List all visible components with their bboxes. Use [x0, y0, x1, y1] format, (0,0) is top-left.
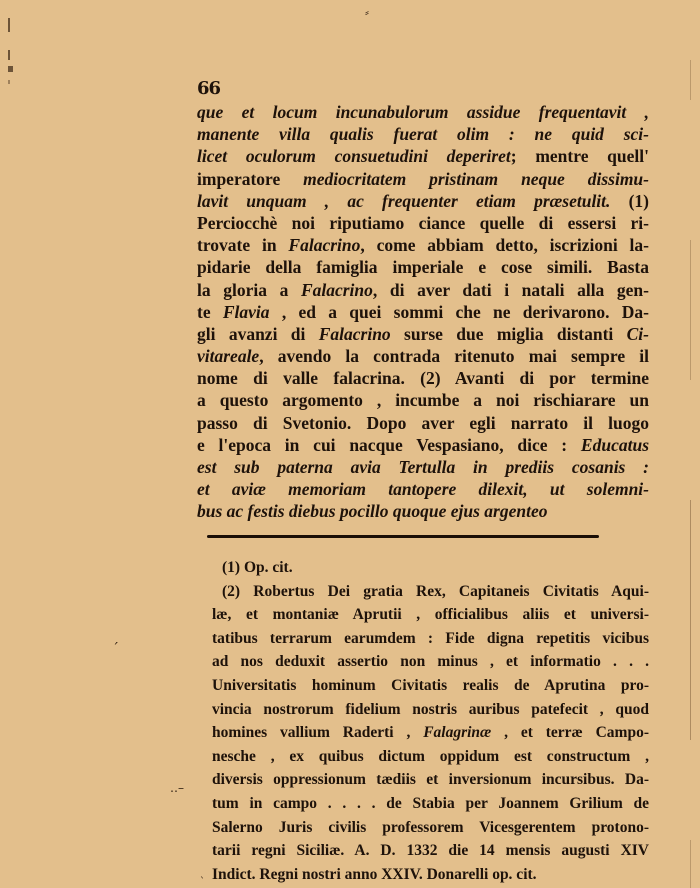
- footnotes-block: (1) Op. cit.(2) Robertus Dei gratia Rex,…: [212, 556, 649, 886]
- footnote-line: nesche , ex quibus dictum oppidum est co…: [212, 745, 649, 769]
- text-line: passo di Svetonio. Dopo aver egli narrat…: [197, 412, 649, 434]
- text-line: gli avanzi di Falacrino surse due miglia…: [197, 323, 649, 345]
- top-ink-mark: ⸗: [365, 6, 368, 18]
- italic-text-segment: Ci-: [627, 324, 649, 344]
- italic-text-segment: Flavia: [223, 302, 270, 322]
- footnote-line: tarii regni Siciliæ. A. D. 1332 die 14 m…: [212, 839, 649, 863]
- footnote-line: læ, et montaniæ Aprutii , officialibus a…: [212, 603, 649, 627]
- main-text-block: que et locum incunabulorum assidue frequ…: [197, 101, 649, 523]
- page-edge-line: [690, 240, 691, 380]
- gutter-mark: [8, 80, 10, 84]
- italic-text-segment: Falacrino: [288, 235, 360, 255]
- text-segment: la gloria a: [197, 280, 301, 300]
- italic-text-segment: licet oculorum consuetudini deperiret: [197, 146, 511, 166]
- page-number: 66: [197, 79, 220, 99]
- text-line: lavit unquam , ac frequenter etiam præse…: [197, 190, 649, 212]
- text-segment: (1): [610, 191, 649, 211]
- text-line: vitareale, avendo la contrada ritenuto m…: [197, 345, 649, 367]
- text-segment: surse due miglia distanti: [391, 324, 627, 344]
- italic-text-segment: vitareale: [197, 346, 259, 366]
- text-segment: a questo argomento , incumbe a noi risch…: [197, 390, 649, 410]
- text-line: e l'epoca in cui nacque Vespasiano, dice…: [197, 434, 649, 456]
- text-line: la gloria a Falacrino, di aver dati i na…: [197, 279, 649, 301]
- text-line: licet oculorum consuetudini deperiret; m…: [197, 145, 649, 167]
- text-segment: nome di valle falacrina. (2) Avanti di p…: [197, 368, 649, 388]
- text-line: te Flavia , ed a quei sommi che ne deriv…: [197, 301, 649, 323]
- text-segment: pidarie della famiglia imperiale e cose …: [197, 257, 649, 277]
- scanned-book-page: ⸗ 66 que et locum incunabulorum assidue …: [0, 0, 700, 888]
- gutter-mark: [8, 50, 10, 60]
- italic-text-segment: Educatus: [581, 435, 649, 455]
- text-segment: , avendo la contrada ritenuto mai sempre…: [259, 346, 649, 366]
- gutter-mark: [8, 18, 10, 32]
- text-line: nome di valle falacrina. (2) Avanti di p…: [197, 367, 649, 389]
- footnote-line: (2) Robertus Dei gratia Rex, Capitaneis …: [212, 580, 649, 604]
- italic-text-segment: et aviæ memoriam tantopere dilexit, ut s…: [197, 479, 649, 499]
- text-segment: imperatore: [197, 169, 303, 189]
- page-edge-line: [690, 60, 691, 100]
- text-line: Perciocchè noi riputiamo ciance quelle d…: [197, 212, 649, 234]
- footnote-line: Salerno Juris civilis professorem Vicesg…: [212, 816, 649, 840]
- text-segment: e l'epoca in cui nacque Vespasiano, dice…: [197, 435, 581, 455]
- footnote-line: vincia nostrorum fidelium nostris auribu…: [212, 698, 649, 722]
- footnote-line: diversis oppressionum tædiis et inversio…: [212, 768, 649, 792]
- footnote-line: Indict. Regni nostri anno XXIV. Donarell…: [212, 863, 649, 887]
- footnote-line: tatibus terrarum earumdem : Fide digna r…: [212, 627, 649, 651]
- text-segment: ; mentre quell': [511, 146, 649, 166]
- stray-ink-mark: ˋ: [200, 876, 205, 888]
- text-line: pidarie della famiglia imperiale e cose …: [197, 256, 649, 278]
- italic-text-segment: manente villa qualis fuerat olim : ne qu…: [197, 124, 649, 144]
- text-segment: , di aver dati i natali alla gen-: [373, 280, 649, 300]
- italic-text-segment: bus ac festis diebus pocillo quoque ejus…: [197, 501, 548, 521]
- footnote-line: Universitatis hominum Civitatis realis d…: [212, 674, 649, 698]
- italic-text-segment: Falacrino: [319, 324, 391, 344]
- footnote-line: ad nos deduxit assertio non minus , et i…: [212, 650, 649, 674]
- text-segment: passo di Svetonio. Dopo aver egli narrat…: [197, 413, 649, 433]
- text-line: que et locum incunabulorum assidue frequ…: [197, 101, 649, 123]
- text-segment: , ed a quei sommi che ne derivarono. Da-: [270, 302, 649, 322]
- footnote-line: (1) Op. cit.: [212, 556, 649, 580]
- text-line: et aviæ memoriam tantopere dilexit, ut s…: [197, 478, 649, 500]
- text-line: est sub paterna avia Tertulla in prediis…: [197, 456, 649, 478]
- text-line: trovate in Falacrino, come abbiam detto,…: [197, 234, 649, 256]
- gutter-mark: [8, 66, 13, 72]
- italic-text-segment: mediocritatem pristinam neque dissimu-: [303, 169, 649, 189]
- footnote-separator-rule: [207, 535, 599, 538]
- italic-text-segment: lavit unquam , ac frequenter etiam præse…: [197, 191, 610, 211]
- italic-text-segment: Falagrinæ: [423, 724, 491, 741]
- text-line: imperatore mediocritatem pristinam neque…: [197, 168, 649, 190]
- page-edge-line: [690, 840, 691, 888]
- footnote-line: homines vallium Raderti , Falagrinæ , et…: [212, 721, 649, 745]
- stray-ink-mark: ˊ: [112, 642, 119, 656]
- text-segment: te: [197, 302, 223, 322]
- italic-text-segment: Falacrino: [301, 280, 373, 300]
- footnote-line: tum in campo . . . . de Stabia per Joann…: [212, 792, 649, 816]
- text-line: bus ac festis diebus pocillo quoque ejus…: [197, 500, 649, 522]
- text-segment: gli avanzi di: [197, 324, 319, 344]
- text-segment: Perciocchè noi riputiamo ciance quelle d…: [197, 213, 649, 233]
- text-segment: , come abbiam detto, iscrizioni la-: [360, 235, 649, 255]
- text-line: a questo argomento , incumbe a noi risch…: [197, 389, 649, 411]
- italic-text-segment: est sub paterna avia Tertulla in prediis…: [197, 457, 649, 477]
- text-segment: trovate in: [197, 235, 288, 255]
- italic-text-segment: que et locum incunabulorum assidue frequ…: [197, 102, 649, 122]
- text-line: manente villa qualis fuerat olim : ne qu…: [197, 123, 649, 145]
- stray-ink-mark: ‥–: [170, 781, 184, 795]
- page-edge-line: [690, 500, 691, 740]
